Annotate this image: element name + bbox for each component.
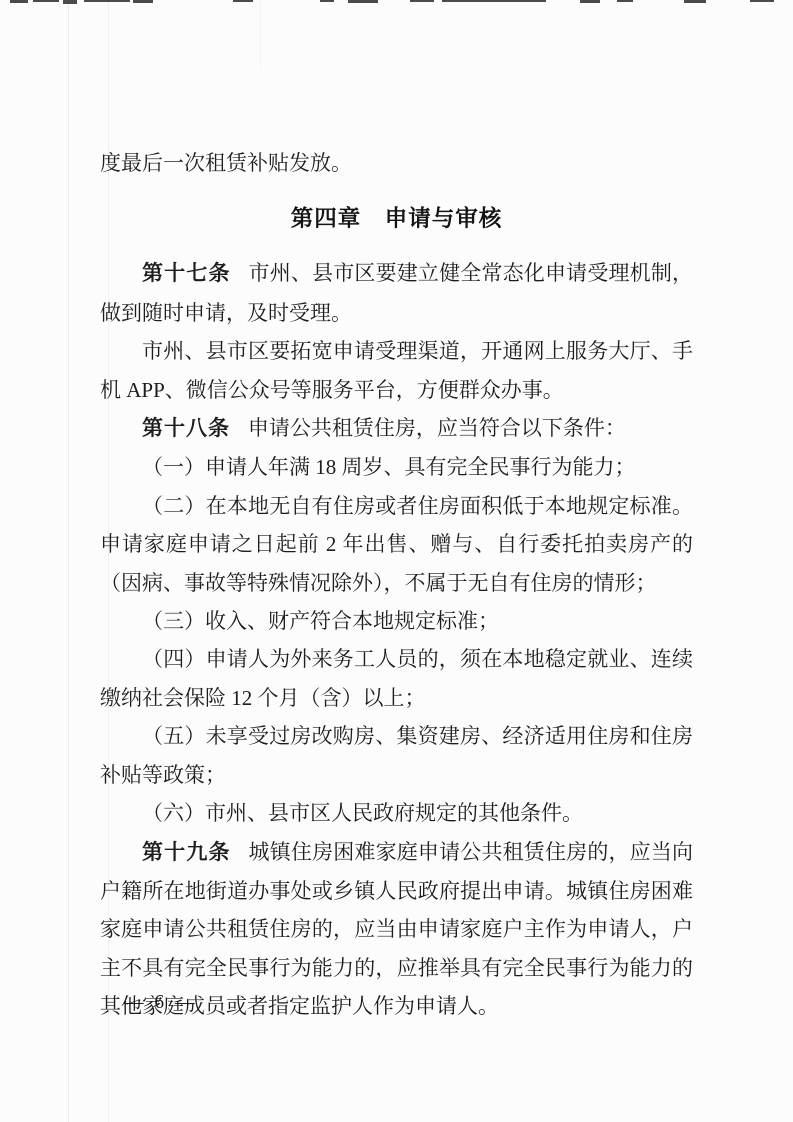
body-paragraph: （五）未享受过房改购房、集资建房、经济适用住房和住房补贴等政策； [100, 717, 693, 794]
body-paragraph: （一）申请人年满 18 周岁、具有完全民事行为能力； [100, 448, 693, 486]
body-paragraph: 市州、县市区要拓宽申请受理渠道，开通网上服务大厅、手机 APP、微信公众号等服务… [100, 332, 693, 409]
scan-fold-line [260, 0, 261, 70]
page-number: — 6 — [124, 992, 198, 1014]
body-paragraph: 第十八条申请公共租赁住房，应当符合以下条件： [100, 409, 693, 448]
body-paragraph: （六）市州、县市区人民政府规定的其他条件。 [100, 794, 693, 832]
article-number: 第十八条 [142, 417, 230, 440]
scanned-document-page: { "document": { "chapter_heading": "第四章 … [0, 0, 793, 1122]
document-body: 度最后一次租赁补贴发放。第四章 申请与审核第十七条市州、县市区要建立健全常态化申… [100, 144, 693, 1026]
scan-fold-line [68, 0, 69, 1122]
body-paragraph: （三）收入、财产符合本地规定标准； [100, 602, 693, 640]
body-paragraph: （二）在本地无自有住房或者住房面积低于本地规定标准。申请家庭申请之日起前 2 年… [100, 487, 693, 602]
article-number: 第十七条 [142, 262, 231, 285]
body-paragraph: 第十七条市州、县市区要建立健全常态化申请受理机制，做到随时申请，及时受理。 [100, 254, 693, 332]
chapter-heading: 第四章 申请与审核 [100, 200, 693, 238]
body-paragraph: （四）申请人为外来务工人员的，须在本地稳定就业、连续缴纳社会保险 12 个月（含… [100, 640, 693, 717]
article-number: 第十九条 [142, 841, 231, 864]
body-paragraph: 度最后一次租赁补贴发放。 [100, 144, 693, 182]
